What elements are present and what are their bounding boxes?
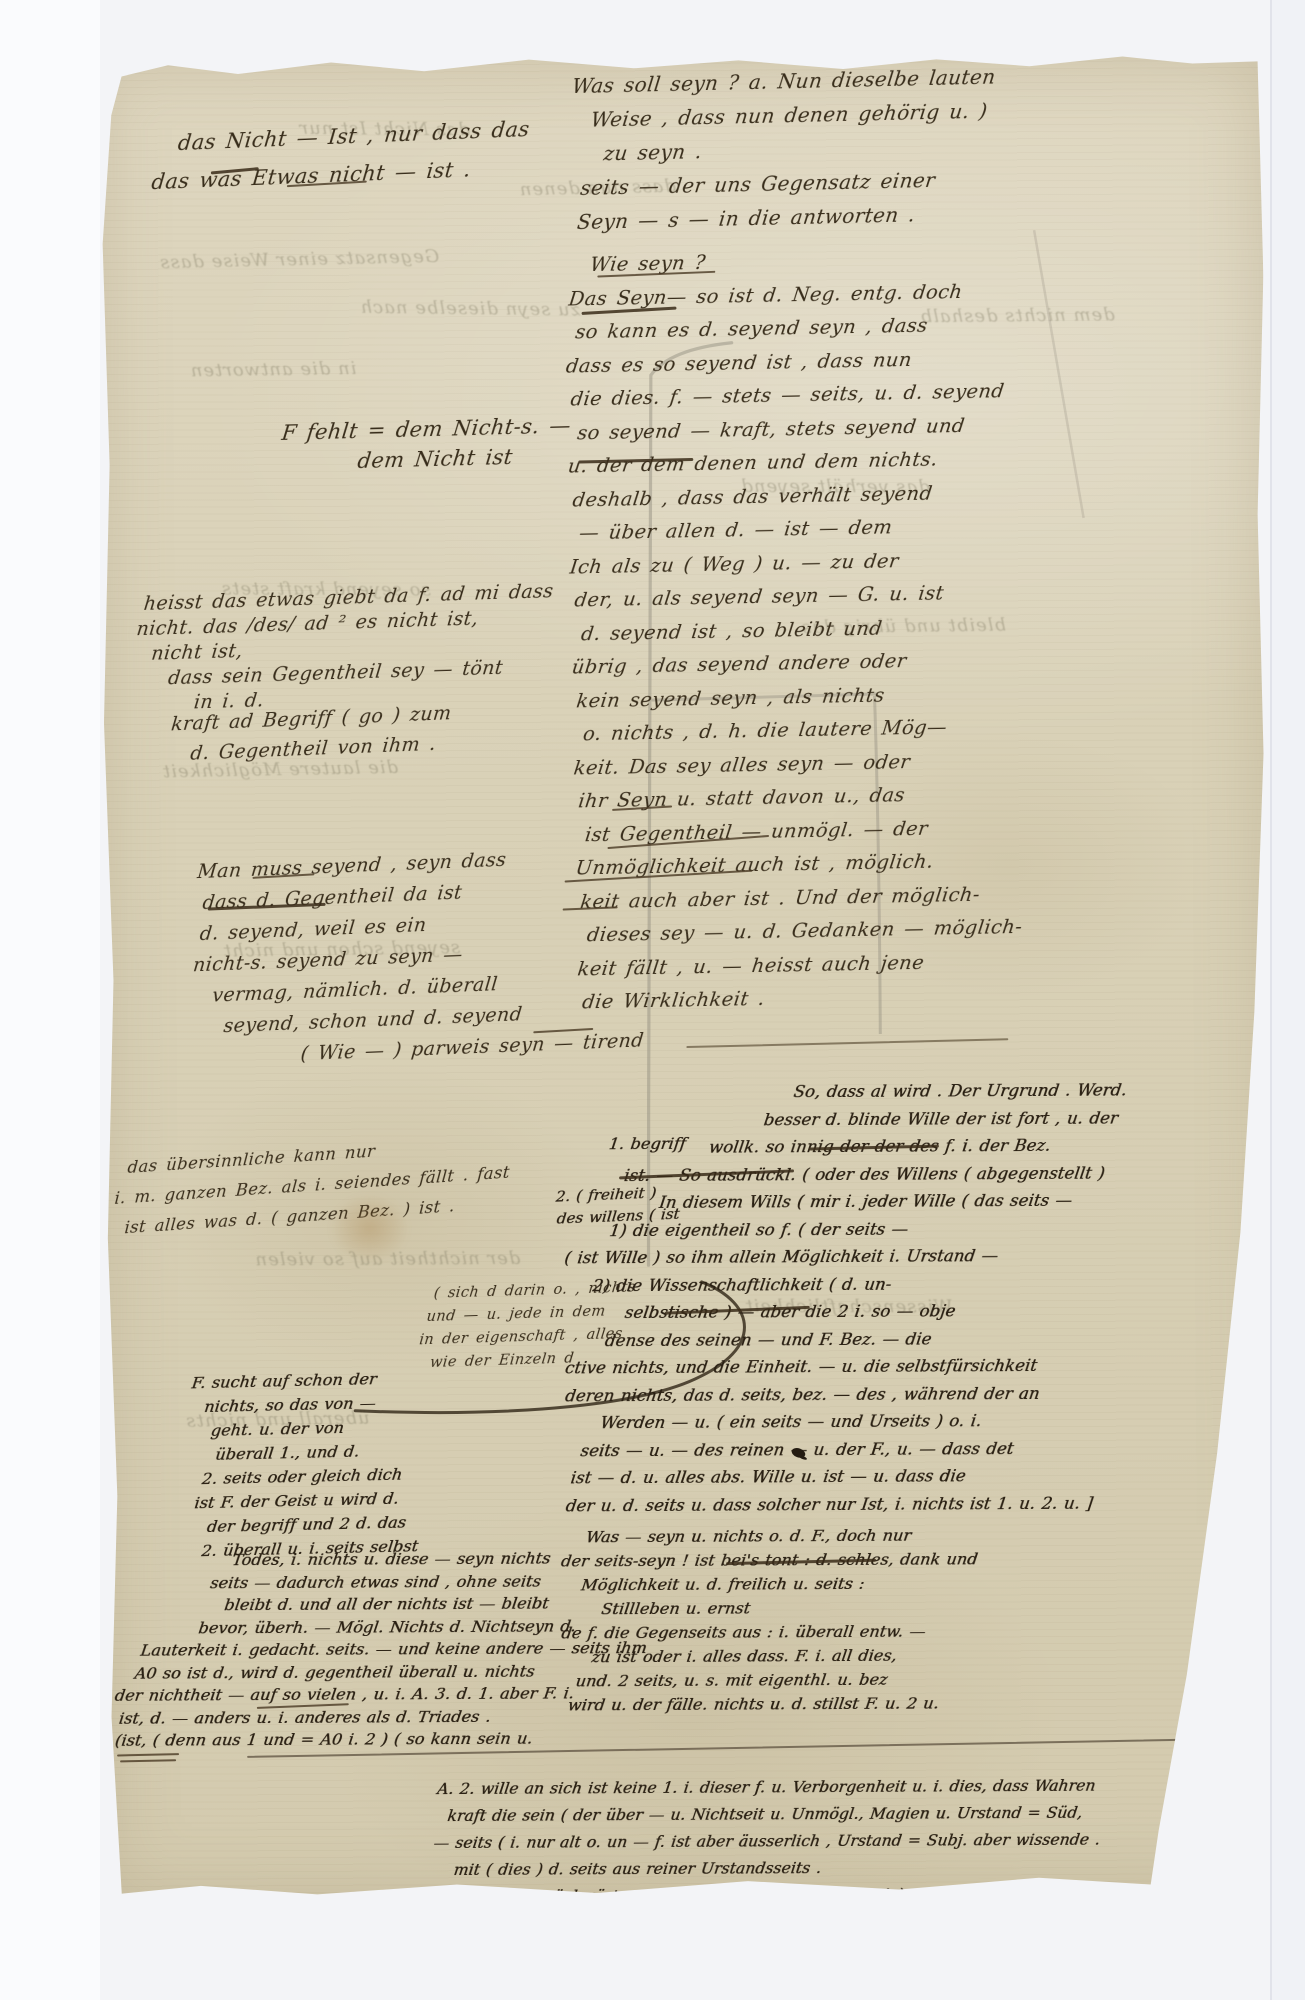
handwriting-line: der u. d. seits u. dass solcher nur Ist,… [564, 1489, 1131, 1519]
bleedthrough-ghost-text: in die antworten [190, 358, 357, 381]
handwriting-block-heisst: heisst das etwas giebt da f. ad mi dassn… [135, 579, 557, 717]
handwriting-block-kraft: kraft ad Begriff ( go ) zumd. Gegentheil… [171, 698, 454, 769]
handwriting-line: seits — u. — des reinen — u. der F., u. … [579, 1434, 1131, 1464]
handwriting-block-nb: A. 2. wille an sich ist keine 1. i. dies… [437, 1773, 1127, 1912]
handwriting-block-wille: So, dass al wird . Der Urgrund . Werd.be… [564, 1077, 1129, 1520]
scan-background: { "page": { "description": "Scanned hand… [0, 0, 1305, 2000]
handwriting-line: A. 2. wille an sich ist keine 1. i. dies… [435, 1773, 1128, 1804]
handwriting-block-was-soll-seyn: Was soll seyn ? a. Nun dieselbe lautenWe… [572, 60, 999, 240]
paper-stain [329, 1193, 409, 1263]
handwriting-line: besser d. blinde Wille der ist fort , u.… [762, 1104, 1129, 1133]
handwriting-line: (ist, ( denn aus 1 und = A0 i. 2 ) ( so … [113, 1727, 648, 1752]
handwriting-line: NB. die i. d. l. rückwärtsgegangen zu — … [424, 1881, 1129, 1912]
handwriting-line: Stillleben u. ernst [600, 1595, 980, 1621]
handwriting-line: Was — seyn u. nichts o. d. F., doch nur [584, 1523, 979, 1549]
handwriting-line: — seits ( i. nur alt o. un — f. ist aber… [432, 1827, 1129, 1858]
bleedthrough-ghost-text: Gegensatz einer Weise dass [159, 246, 439, 273]
handwriting-line: deren nichts, das d. seits, bez. — des ,… [563, 1379, 1130, 1409]
ink-marks-layer [98, 54, 1262, 60]
scan-margin-right [1272, 0, 1305, 2000]
handwriting-line: wird u. der fälle. nichts u. d. stillst … [566, 1691, 980, 1717]
manuscript-page: das Nicht Ist nurGegensatz einer Weise d… [98, 54, 1272, 1901]
handwriting-block-f-fehlt: F fehlt = dem Nicht-s. —dem Nicht ist [281, 411, 572, 479]
handwriting-line: ctive nichts, und die Einheit. — u. die … [563, 1352, 1130, 1382]
handwriting-block-f-sucht: F. sucht auf schon dernichts, so das von… [191, 1366, 418, 1563]
handwriting-line: 2) die Wissenschaftlichkeit ( d. un- [591, 1269, 1130, 1299]
handwriting-line: kraft die sein ( der über — u. Nichtseit… [446, 1800, 1129, 1831]
handwriting-line: dem Nicht ist [356, 441, 574, 477]
bleedthrough-ghost-text: zu seyn dieselbe nach [359, 297, 580, 321]
handwriting-line: ist — d. u. alles abs. Wille u. ist — u.… [569, 1462, 1131, 1492]
handwriting-line: ( ist Wille ) so ihm allein Möglichkeit … [563, 1242, 1130, 1272]
handwriting-line: de f. die Gegenseits aus : i. überall en… [560, 1619, 980, 1645]
handwriting-line: zu ist oder i. alles dass. F. i. all die… [590, 1643, 980, 1669]
handwriting-line: mit ( dies ) d. seits aus reiner Urstand… [452, 1854, 1129, 1885]
handwriting-block-wie-seyn: Wie seyn ?Das Seyn— so ist d. Neg. entg.… [564, 240, 1024, 1019]
handwriting-line: dense des seinen — und F. Bez. — die [603, 1324, 1130, 1354]
handwriting-line: Werden — u. ( ein seits — und Urseits ) … [598, 1407, 1130, 1437]
handwriting-block-moeglichkeit: Was — seyn u. nichts o. d. F., doch nurd… [561, 1523, 979, 1717]
handwriting-line: 1) die eigentheil so f. ( der seits — [607, 1214, 1129, 1244]
handwriting-line: So, dass al wird . Der Urgrund . Werd. [792, 1077, 1129, 1106]
handwriting-line: In diesem Wills ( mir i. jeder Wille ( d… [657, 1187, 1129, 1217]
handwriting-line: Möglichkeit u. d. freilich u. seits : [580, 1571, 980, 1597]
handwriting-line: und. 2 seits, u. s. mit eigenthl. u. bez [574, 1667, 980, 1693]
handwriting-block-nicht-ist: das Nicht — Ist , nur dass dasdas was Et… [177, 110, 532, 200]
scan-margin-left [0, 0, 100, 2000]
